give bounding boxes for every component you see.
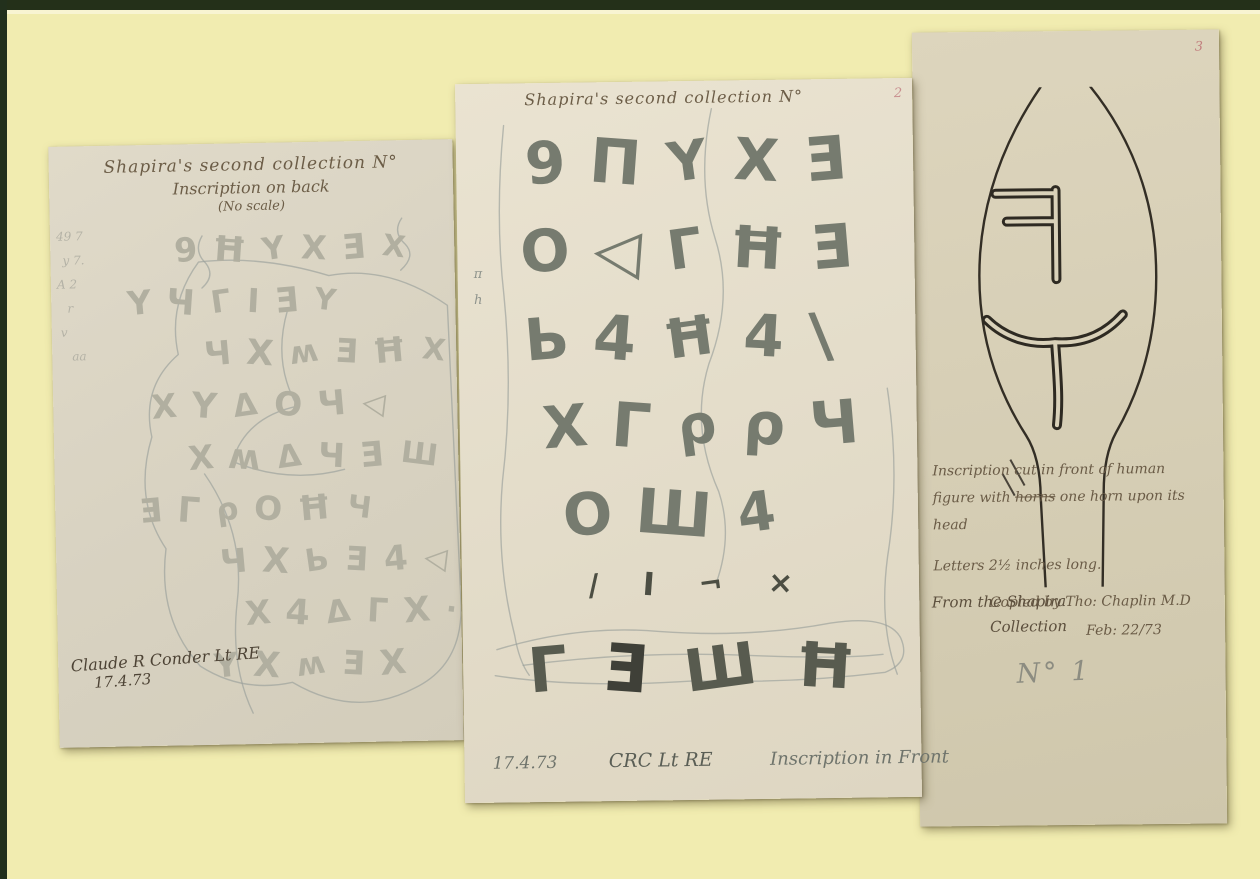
inscription-glyph: Δ [324,591,353,631]
note-line-1: Inscription cut in front of human [932,455,1217,485]
inscription-glyph: 4 [742,301,786,371]
photo-of-documents: Shapira's second collection N° Inscripti… [0,0,1260,879]
glyph-row: ΓƎШĦ [477,628,907,722]
page-number: 3 [1195,40,1203,55]
inscription-glyph: Ш [633,474,714,551]
inscription-glyph: Γ [663,215,706,283]
inscription-glyph: X [378,641,408,684]
inscription-glyph: Y [663,127,711,196]
inscription-glyph: X [380,227,407,265]
inscription-glyph: Γ [609,388,653,463]
glyph-row: /Ι¬× [476,564,906,634]
inscription-glyph: 4 [733,478,779,546]
sheet-human-figure: 3 Inscription cut in front of human figu… [912,29,1227,826]
dark-backing-left-edge [0,0,7,879]
glyph-row: YЧΓΙƎΥ [111,277,448,335]
footer-initials: CRC Lt RE [609,749,713,772]
page-number: 2 [894,86,902,101]
inscription-glyph: Ч [807,386,861,461]
inscription-glyph: Ǝ [138,490,164,531]
inscription-glyph: O [253,488,283,528]
mat-top-highlight [0,10,1260,14]
collection-line-1: From the Shapira [932,589,1067,615]
margin-note: r [57,296,115,321]
inscription-glyph: Ч [316,382,347,425]
inscription-glyph: Δ [231,385,260,425]
inscription-glyph: Γ [176,488,201,531]
inscription-glyph: Ħ [211,227,248,271]
collection-note: From the Shapira Collection [932,589,1067,640]
margin-pencil-notes: 49 7 y 7. A 2 r v aa [56,224,117,369]
inscription-glyph: X [421,330,448,368]
glyph-row: O◁ΓĦƎ [471,212,901,306]
sheet-inscription-on-back: Shapira's second collection N° Inscripti… [48,139,463,748]
inscription-glyph: 9 [522,127,568,198]
inscription-glyph: 4 [285,590,312,633]
inscription-glyph: 9 [173,229,199,270]
glyph-row: ЧXЬƎ4◁ [116,537,453,595]
inscription-glyph: ◁ [422,538,449,576]
inscription-glyph: Γ [525,631,570,707]
margin-note: v [58,320,116,345]
inscription-glyph: · [444,591,459,627]
inscription-glyph: ◁ [592,212,644,287]
inscription-glyph: 4 [591,301,639,376]
inscription-glyph: Ħ [371,328,408,371]
margin-note: A 2 [57,272,115,297]
inscription-glyph: Γ [208,282,233,321]
inscription-glyph: Ι [642,566,657,604]
margin-note: aa [58,344,116,369]
inscription-glyph: Ч [317,435,346,475]
glyph-row: XΓρρЧ [473,388,903,482]
sheet-left-header: Shapira's second collection N° Inscripti… [48,151,453,218]
inscription-glyph: Ч [219,540,249,581]
inscription-glyph-block: 9ĦYXƎX YЧΓΙƎΥ ЧXʍƎĦX XΥΔOЧ◁ XʍΔЧƎШ ƎΓρOĦ… [110,225,454,676]
inscription-glyph: Ħ [659,302,720,373]
inscription-glyph: Υ [313,280,339,317]
inscription-glyph: ρ [742,389,787,459]
inscription-glyph: Ħ [727,212,787,283]
glyph-row: Ь4Ħ4\ [472,300,902,394]
inscription-glyph: ◁ [360,383,387,421]
inscription-glyph: Ǝ [341,643,365,683]
dark-backing-top-edge [0,0,1260,10]
inscription-glyph: O [518,215,573,287]
inscription-glyph: 4 [382,537,409,580]
inscription-glyph: Ш [680,628,761,706]
inscription-glyph: Y [260,228,287,267]
note-line-3: Letters 2½ inches long. [933,550,1218,580]
inscription-glyph: Υ [191,384,219,427]
inscription-glyph: Δ [275,436,304,476]
inscription-glyph: X [732,125,780,195]
inscription-glyph: Ч [165,280,196,323]
inscription-glyph: ʍ [287,331,321,371]
inscription-glyph: Ш [399,434,440,473]
he-glyph [996,190,1057,280]
inscription-glyph: Ǝ [358,433,385,475]
inscription-glyph: Ǝ [345,539,369,579]
glyph-row: 9ΠYXƎ [470,124,900,218]
waw-glyph [987,314,1124,425]
footer-caption: Inscription in Front [770,746,949,769]
inscription-glyph: ρ [673,391,720,460]
inscription-glyph: Ǝ [273,279,300,321]
inscription-glyph: ¬ [697,566,725,602]
inscription-glyph: Ь [522,303,572,374]
inscription-glyph-block: 9ΠYXƎ O◁ΓĦƎ Ь4Ħ4\ XΓρρЧ OШ4 /Ι¬× ΓƎШĦ [470,124,907,699]
glyph-row: OШ4 [475,476,905,570]
note-line-2: figure with horns one horn upon its head [933,482,1219,539]
inscription-glyph: X [300,227,327,267]
inscription-glyph: Ǝ [801,122,848,196]
glyph-row: X4ΔΓX· [117,589,454,647]
inscription-glyph: O [273,384,303,424]
note-line-2-pre: figure with [933,490,1015,507]
glyph-row: XʍΔЧƎШ [114,433,451,491]
inscription-glyph: Ь [303,540,332,580]
inscription-glyph: Ħ [793,627,857,703]
inscription-glyph: Π [587,124,644,200]
glyph-row: XΥΔOЧ◁ [113,381,450,439]
struck-word: horns [1015,489,1056,505]
sheet-inscription-in-front: Shapira's second collection N° 2 π h 9ΠY… [455,78,922,803]
glyph-row: ƎΓρOĦЧ [115,485,452,543]
inscription-glyph: X [150,386,179,427]
inscription-glyph: X [245,331,275,374]
inscription-glyph: ʍ [227,435,262,478]
inscription-glyph: Γ [366,590,389,630]
inscription-glyph: Ħ [296,486,333,529]
inscription-glyph: \ [807,299,835,371]
inscription-glyph: X [187,437,216,478]
inscription-glyph: Ч [203,333,233,374]
inscription-glyph: Ǝ [340,225,367,267]
collection-line-2: Collection [932,614,1067,640]
inscription-glyph: X [540,391,590,463]
inscription-glyph: Ǝ [334,331,358,371]
inscription-glyph: X [402,588,432,631]
item-number-label: N° 1 [1016,655,1092,689]
inscription-glyph: Ǝ [600,628,650,708]
inscription-glyph: O [560,478,615,550]
inscription-glyph: ʍ [294,643,328,683]
inscription-glyph: ρ [213,489,240,528]
inscription-glyph: X [261,539,291,582]
inscription-glyph: Ч [346,488,374,526]
glyph-row: 9ĦYXƎX [110,225,447,283]
margin-note: 49 7 [56,224,114,249]
inscription-glyph: Y [126,282,153,323]
glyph-row: ЧXʍƎĦX [112,329,449,387]
inscription-glyph: Ι [246,281,260,321]
inscription-glyph: Ǝ [808,210,855,284]
footer-date: 17.4.73 [492,753,557,774]
inscription-glyph: X [244,592,273,633]
margin-note: y 7. [56,248,114,273]
inscription-glyph: × [767,565,794,601]
inscription-glyph: / [587,568,601,604]
